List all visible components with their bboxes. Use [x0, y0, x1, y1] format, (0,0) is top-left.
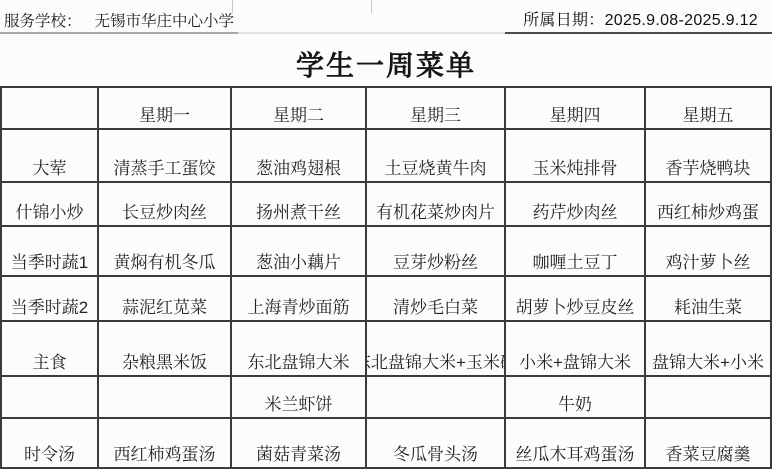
table-row-seasonal-veg-1: 当季时蔬1 黄焖有机冬瓜 葱油小藕片 豆芽炒粉丝 咖喱土豆丁 鸡汁萝卜丝 — [0, 227, 772, 277]
topbar-underline-right — [505, 32, 772, 34]
dish-cell: 香菜豆腐羹 — [646, 419, 772, 469]
dish-cell: 扬州煮干丝 — [232, 183, 367, 227]
dish-cell: 耗油生菜 — [646, 277, 772, 322]
dish-cell: 葱油鸡翅根 — [232, 130, 367, 183]
dish-cell — [646, 377, 772, 419]
dish-cell: 丝瓜木耳鸡蛋汤 — [506, 419, 646, 469]
school-label: 服务学校： — [4, 13, 82, 30]
dish-cell: 香芋烧鸭块 — [646, 130, 772, 183]
dish-cell: 菌菇青菜汤 — [232, 419, 367, 469]
school-field: 服务学校：无锡市华庄中心小学 — [4, 9, 234, 31]
dish-cell: 盘锦大米+小米 — [646, 322, 772, 377]
gridline-remnant-1 — [232, 0, 233, 13]
row-label: 什锦小炒 — [0, 183, 99, 227]
header-cell-blank — [0, 88, 99, 130]
table-row-staple-food: 主食 杂粮黑米饭 东北盘锦大米 东北盘锦大米+玉米碴 小米+盘锦大米 盘锦大米+… — [0, 322, 772, 377]
table-row-main-meat: 大荤 清蒸手工蛋饺 葱油鸡翅根 土豆烧黄牛肉 玉米炖排骨 香芋烧鸭块 — [0, 130, 772, 183]
table-row-soup: 时令汤 西红柿鸡蛋汤 菌菇青菜汤 冬瓜骨头汤 丝瓜木耳鸡蛋汤 香菜豆腐羹 — [0, 419, 772, 469]
dish-cell: 豆芽炒粉丝 — [367, 227, 506, 277]
header-cell-thursday: 星期四 — [506, 88, 646, 130]
date-range: 2025.9.08-2025.9.12 — [605, 12, 758, 29]
dish-cell: 玉米炖排骨 — [506, 130, 646, 183]
row-label: 时令汤 — [0, 419, 99, 469]
date-field: 所属日期：2025.9.08-2025.9.12 — [523, 7, 758, 30]
dish-cell: 蒜泥红苋菜 — [99, 277, 232, 322]
table-header-row: 星期一 星期二 星期三 星期四 星期五 — [0, 88, 772, 130]
menu-table: 星期一 星期二 星期三 星期四 星期五 大荤 清蒸手工蛋饺 葱油鸡翅根 土豆烧黄… — [0, 86, 772, 469]
dish-cell: 西红柿炒鸡蛋 — [646, 183, 772, 227]
topbar-underline-left — [0, 32, 238, 34]
row-label: 当季时蔬1 — [0, 227, 99, 277]
table-row-snack: 米兰虾饼 牛奶 — [0, 377, 772, 419]
page-title: 学生一周菜单 — [0, 44, 772, 84]
dish-cell: 杂粮黑米饭 — [99, 322, 232, 377]
row-label — [0, 377, 99, 419]
topbar-underline-middle — [238, 32, 505, 34]
dish-cell: 药芹炒肉丝 — [506, 183, 646, 227]
date-label: 所属日期： — [523, 12, 605, 29]
dish-cell: 有机花菜炒肉片 — [367, 183, 506, 227]
dish-cell: 鸡汁萝卜丝 — [646, 227, 772, 277]
weekly-menu-page: 服务学校：无锡市华庄中心小学 所属日期：2025.9.08-2025.9.12 … — [0, 0, 772, 469]
dish-cell: 咖喱土豆丁 — [506, 227, 646, 277]
dish-cell: 黄焖有机冬瓜 — [99, 227, 232, 277]
table-row-stir-fry: 什锦小炒 长豆炒肉丝 扬州煮干丝 有机花菜炒肉片 药芹炒肉丝 西红柿炒鸡蛋 — [0, 183, 772, 227]
table-row-seasonal-veg-2: 当季时蔬2 蒜泥红苋菜 上海青炒面筋 清炒毛白菜 胡萝卜炒豆皮丝 耗油生菜 — [0, 277, 772, 322]
row-label: 主食 — [0, 322, 99, 377]
header-cell-friday: 星期五 — [646, 88, 772, 130]
dish-cell — [367, 377, 506, 419]
dish-cell: 米兰虾饼 — [232, 377, 367, 419]
dish-cell: 冬瓜骨头汤 — [367, 419, 506, 469]
header-cell-tuesday: 星期二 — [232, 88, 367, 130]
row-label: 大荤 — [0, 130, 99, 183]
dish-cell: 清炒毛白菜 — [367, 277, 506, 322]
dish-cell: 长豆炒肉丝 — [99, 183, 232, 227]
gridline-remnant-2 — [371, 0, 372, 13]
dish-cell: 上海青炒面筋 — [232, 277, 367, 322]
dish-cell: 葱油小藕片 — [232, 227, 367, 277]
school-name: 无锡市华庄中心小学 — [95, 13, 235, 30]
dish-cell: 西红柿鸡蛋汤 — [99, 419, 232, 469]
dish-cell — [99, 377, 232, 419]
dish-cell: 牛奶 — [506, 377, 646, 419]
header-cell-wednesday: 星期三 — [367, 88, 506, 130]
row-label: 当季时蔬2 — [0, 277, 99, 322]
dish-cell: 小米+盘锦大米 — [506, 322, 646, 377]
dish-cell: 东北盘锦大米+玉米碴 — [367, 322, 506, 377]
header-cell-monday: 星期一 — [99, 88, 232, 130]
dish-cell: 土豆烧黄牛肉 — [367, 130, 506, 183]
dish-cell: 胡萝卜炒豆皮丝 — [506, 277, 646, 322]
dish-cell: 清蒸手工蛋饺 — [99, 130, 232, 183]
dish-cell: 东北盘锦大米 — [232, 322, 367, 377]
top-info-bar: 服务学校：无锡市华庄中心小学 所属日期：2025.9.08-2025.9.12 — [0, 0, 772, 33]
